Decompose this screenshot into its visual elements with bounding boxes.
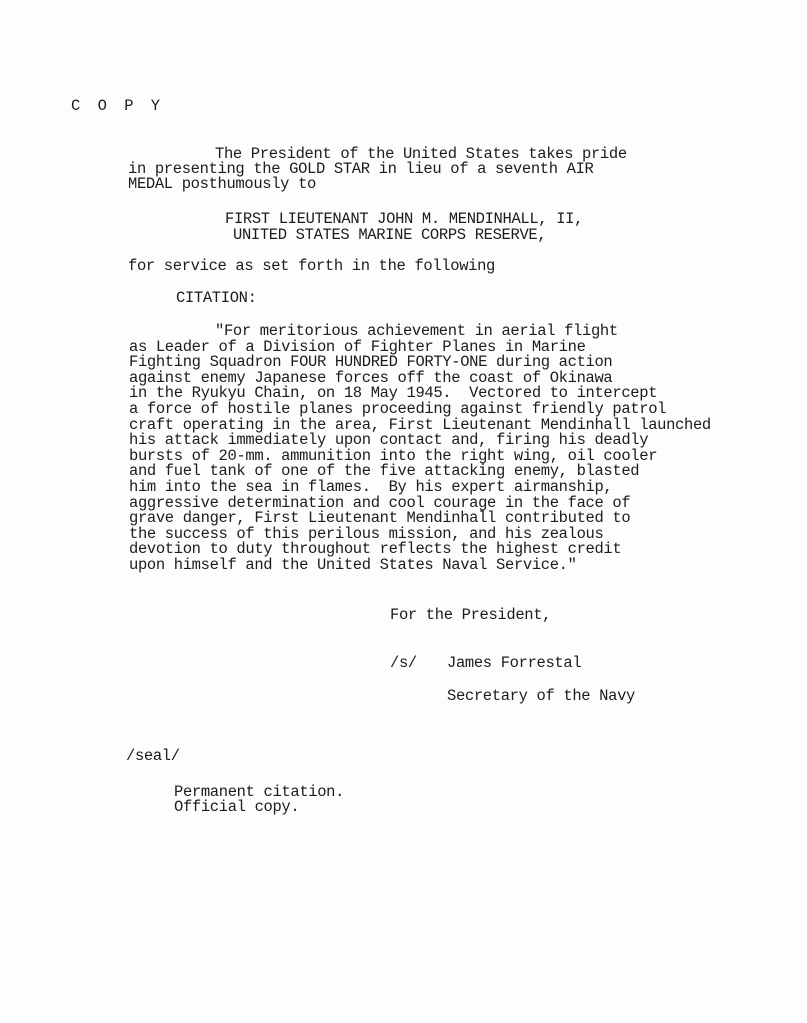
citation-label: CITATION:: [176, 291, 257, 306]
closing: For the President,: [390, 608, 551, 623]
signature-mark: /s/: [390, 656, 417, 671]
copy-header: C O P Y: [71, 99, 164, 114]
seal: /seal/: [126, 749, 180, 764]
intro-line: MEDAL posthumously to: [128, 177, 316, 192]
footer-line: Official copy.: [174, 800, 299, 815]
signatory-title: Secretary of the Navy: [447, 689, 635, 704]
signatory-name: James Forrestal: [447, 656, 581, 671]
citation-line: upon himself and the United States Naval…: [129, 558, 577, 573]
recipient-unit: UNITED STATES MARINE CORPS RESERVE,: [233, 228, 546, 243]
service-line: for service as set forth in the followin…: [128, 259, 495, 274]
document-page: C O P Y The President of the United Stat…: [0, 0, 807, 1023]
